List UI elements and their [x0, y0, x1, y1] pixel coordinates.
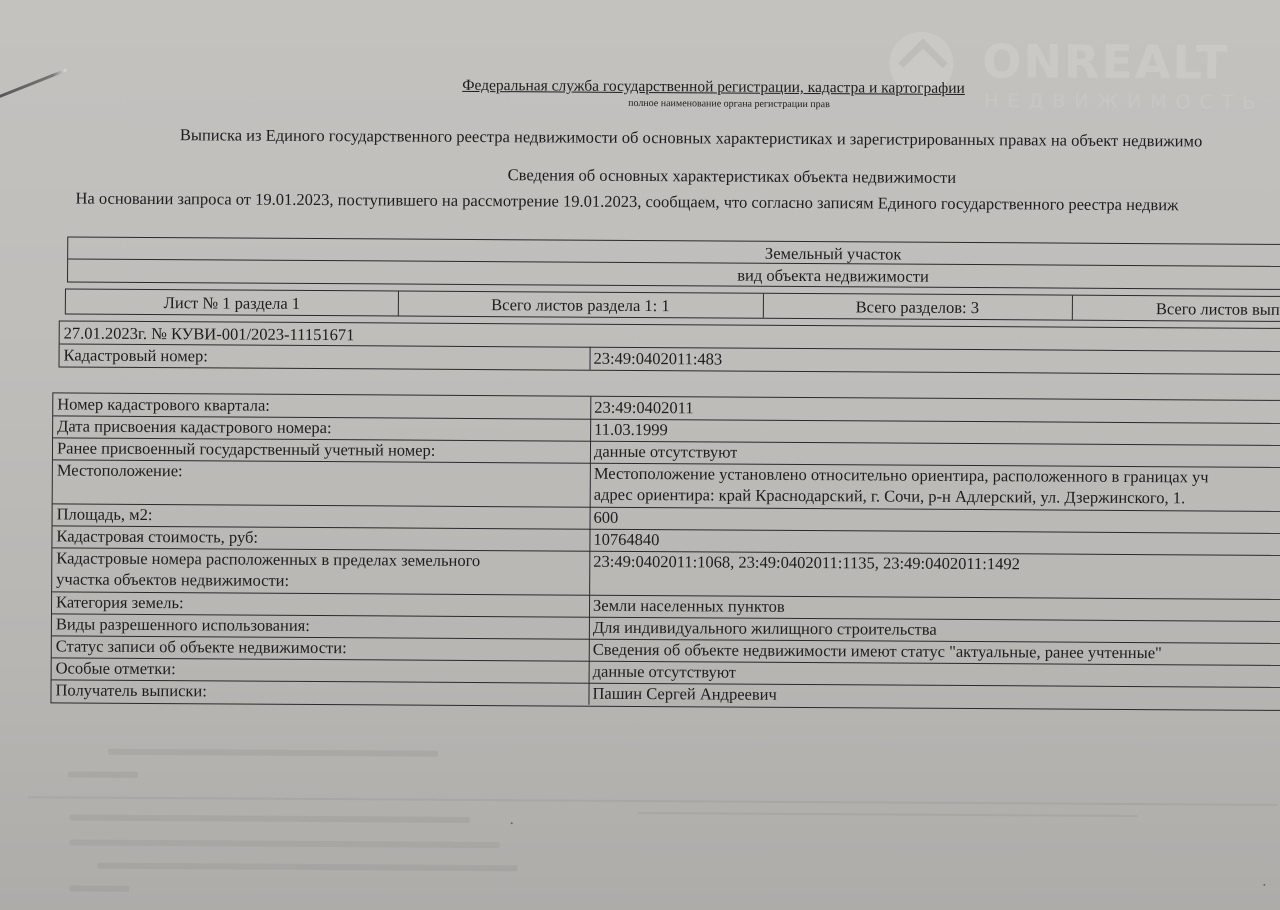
divider: [590, 507, 591, 529]
divider: [589, 551, 590, 595]
basis-text: На основании запроса от 19.01.2023, пост…: [75, 189, 1178, 216]
row-label: Дата присвоения кадастрового номера:: [57, 416, 332, 438]
row-label: Статус записи об объекте недвижимости:: [56, 636, 347, 658]
total-sections: Всего разделов: 3: [763, 297, 1072, 319]
row-value: 11.03.1999: [594, 420, 668, 440]
row-value: 23:49:0402011: [594, 398, 693, 419]
object-type-caption: вид объекта недвижимости: [68, 262, 1280, 291]
extract-title: Выписка из Единого государственного реес…: [180, 125, 1202, 151]
row-label: Кадастровые номера расположенных в преде…: [56, 548, 480, 571]
divider: [589, 347, 590, 370]
agency-name: Федеральная служба государственной регис…: [462, 77, 965, 98]
row-label: Площадь, м2:: [57, 504, 153, 525]
watermark: ONREALT НЕДВИЖИМОСТЬ: [884, 29, 1280, 121]
divider: [590, 419, 591, 441]
extract-info-box: 27.01.2023г. № КУВИ-001/2023-11151671 Ка…: [58, 320, 1280, 375]
table-row: Местоположение:Местоположение установлен…: [53, 459, 1280, 511]
divider: [589, 661, 590, 683]
row-label: Получатель выписки:: [55, 680, 206, 701]
watermark-brand: ONREALT: [982, 34, 1229, 90]
divider: [1072, 296, 1073, 320]
divider: [588, 683, 589, 705]
row-label: Виды разрешенного использования:: [56, 614, 310, 636]
divider: [589, 639, 590, 661]
watermark-subtitle: НЕДВИЖИМОСТЬ: [984, 90, 1264, 114]
section-title: Сведения об основных характеристиках объ…: [508, 165, 957, 188]
table-row: Кадастровые номера расположенных в преде…: [52, 547, 1280, 599]
row-label: Номер кадастрового квартала:: [57, 394, 270, 415]
object-type-value: Земельный участок: [765, 244, 902, 264]
document-page: ONREALT НЕДВИЖИМОСТЬ Федеральная служба …: [0, 0, 1280, 910]
row-value: Местоположение установлено относительно …: [594, 464, 1209, 488]
row-label-line2: участка объектов недвижимости:: [56, 569, 289, 590]
cadastral-number-value: 23:49:0402011:483: [593, 349, 722, 370]
row-value: Пашин Сергей Андреевич: [592, 684, 776, 705]
row-label: Ранее присвоенный государственный учетны…: [57, 438, 435, 460]
total-sheets: Всего листов вып: [1156, 299, 1280, 320]
row-value: Земли населенных пунктов: [593, 596, 785, 617]
divider: [589, 529, 590, 551]
row-value: данные отсутствуют: [593, 662, 737, 683]
object-type-caption-text: вид объекта недвижимости: [737, 266, 929, 286]
sheets-in-section: Всего листов раздела 1: 1: [398, 295, 763, 317]
row-value: Для индивидуального жилищного строительс…: [593, 618, 937, 640]
extract-number: 27.01.2023г. № КУВИ-001/2023-11151671: [64, 323, 355, 345]
divider: [589, 595, 590, 617]
pen-mark: [0, 69, 67, 99]
characteristics-table: Номер кадастрового квартала:23:49:040201…: [50, 392, 1280, 711]
sheet-number: Лист № 1 раздела 1: [66, 292, 398, 314]
row-value: Сведения об объекте недвижимости имеют с…: [593, 640, 1162, 663]
row-label: Категория земель:: [56, 592, 184, 613]
row-label: Местоположение:: [57, 460, 183, 481]
agency-caption: полное наименование органа регистрации п…: [628, 98, 830, 110]
divider: [590, 463, 591, 507]
row-label: Кадастровая стоимость, руб:: [56, 526, 258, 547]
row-value: 600: [594, 508, 619, 528]
divider: [590, 397, 591, 419]
cadastral-number-label: Кадастровый номер:: [64, 345, 208, 366]
row-value: 23:49:0402011:1068, 23:49:0402011:1135, …: [593, 552, 1020, 575]
divider: [590, 441, 591, 463]
divider: [589, 617, 590, 639]
object-type-box: Земельный участок вид объекта недвижимос…: [67, 236, 1280, 290]
row-value: 10764840: [593, 530, 659, 550]
row-value-line2: адрес ориентира: край Краснодарский, г. …: [594, 485, 1186, 509]
sheet-info-row: Лист № 1 раздела 1 Всего листов раздела …: [65, 288, 1280, 322]
bleed-through-text: [3, 0, 1280, 4]
row-label: Особые отметки:: [56, 658, 176, 679]
row-value: данные отсутствуют: [594, 442, 738, 463]
